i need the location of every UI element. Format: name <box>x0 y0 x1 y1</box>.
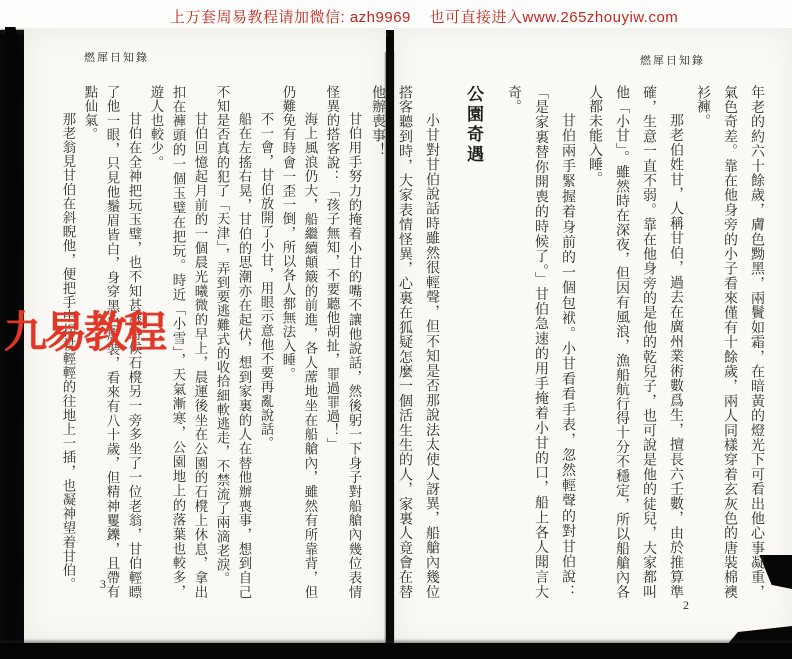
paragraph: 甘伯兩手緊握着身前的一個包袱。小甘看看手表，忽然輕聲的對甘伯說：「是家裏替你開喪… <box>500 85 581 599</box>
page-number-right: 2 <box>683 598 689 613</box>
paragraph: 年老的約六十餘歲，膚色黝黑，兩鬢如霜，在暗黃的燈光下可看出他心事凝重，氣色奇差。… <box>689 85 770 599</box>
promo-header-bar: 上万套周易教程请加微信: azh9969 也可直接进入www.265zhouyi… <box>0 0 792 30</box>
running-header-right: 燃犀日知錄 <box>640 52 705 68</box>
watermark-text: 九易教程 <box>4 299 164 360</box>
section-heading: 公園奇遇 <box>460 85 487 599</box>
paragraph: 那老伯姓甘，人稱甘伯，過去在廣州業術數爲生，擅長六壬數，由於推算準確，生意一直不… <box>581 85 689 599</box>
running-header-left: 燃犀日知錄 <box>84 49 149 65</box>
page-number-left: 3 <box>100 577 106 592</box>
paragraph: 海上風浪仍大，船繼續顛簸的前進，各人蓆地坐在船艙內，雖然有所靠背，但仍難免有時會… <box>277 85 321 599</box>
right-page-text-before-heading: 年老的約六十餘歲，膚色黝黑，兩鬢如霜，在暗黃的燈光下可看出他心事凝重，氣色奇差。… <box>500 85 770 599</box>
paragraph: 船在左搖右晃，甘伯的思潮亦在起伏，想到家裏的人在替他辦喪事，想到自己不知是否真的… <box>211 85 255 599</box>
paragraph: 不一會，甘伯放開了小甘，用眼示意他不要再亂說話。 <box>255 85 277 599</box>
paragraph: 小甘對甘伯說話時雖然很輕聲，但不知是否那說法太使人訝異，船艙內幾位搭客聽到時，大… <box>364 85 445 599</box>
right-page-body-text: 年老的約六十餘歲，膚色黝黑，兩鬢如霜，在暗黃的燈光下可看出他心事凝重，氣色奇差。… <box>364 85 770 599</box>
scanned-book-spread: 上万套周易教程请加微信: azh9969 也可直接进入www.265zhouyi… <box>0 0 792 659</box>
scan-bottom-edge <box>0 643 792 659</box>
paragraph: 甘伯用手努力的掩着小甘的嘴不讓他說話，然後躬一下身子對船艙內幾位表情怪異的搭客說… <box>321 85 365 599</box>
right-page-text-after-heading: 小甘對甘伯說話時雖然很輕聲，但不知是否那說法太使人訝異，船艙內幾位搭客聽到時，大… <box>364 85 445 599</box>
promo-text: 上万套周易教程请加微信: azh9969 也可直接进入www.265zhouyi… <box>170 6 678 27</box>
